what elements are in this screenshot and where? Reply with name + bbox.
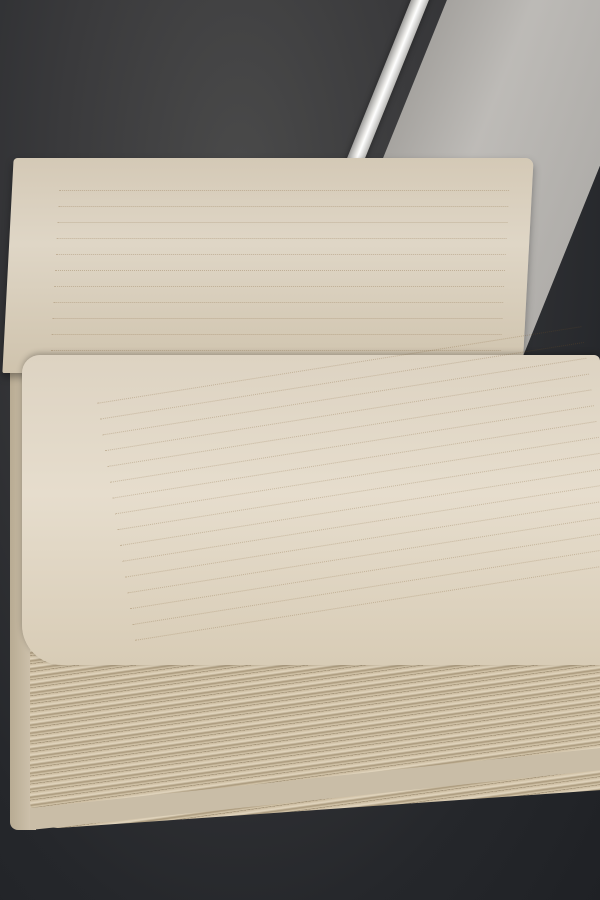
manuscript-book [0, 0, 600, 900]
photo-scene [0, 0, 600, 900]
